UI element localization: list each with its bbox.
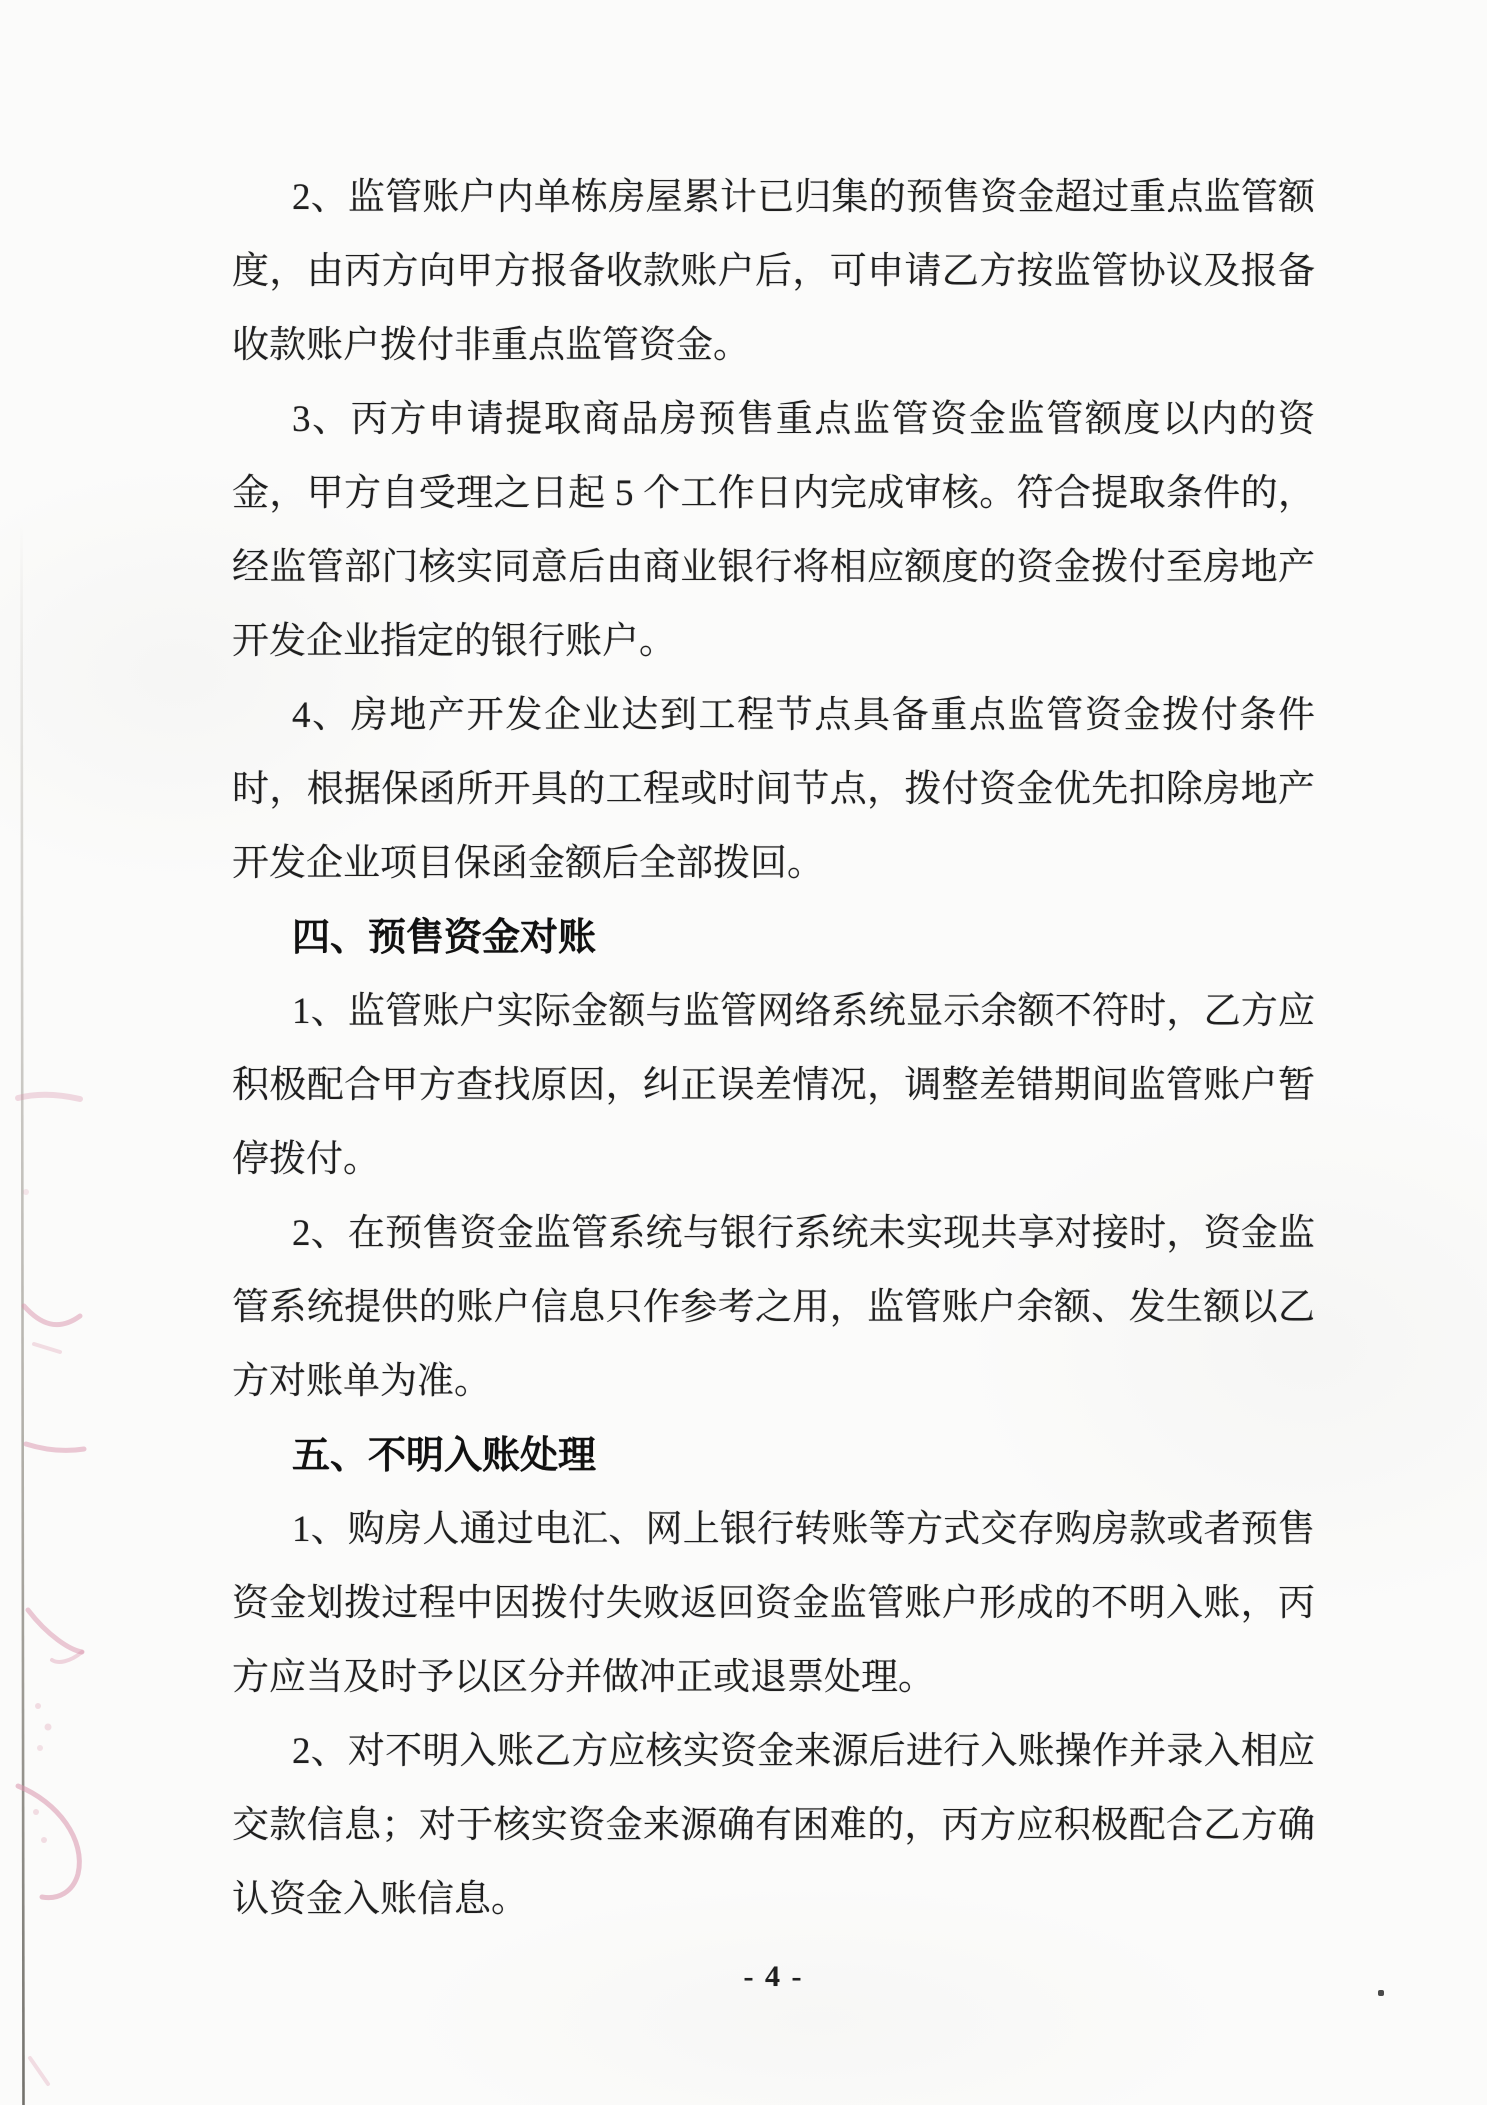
text-line: 收款账户拨付非重点监管资金。 (232, 309, 1315, 383)
text-line: 4、房地产开发企业达到工程节点具备重点监管资金拨付条件 (232, 679, 1315, 753)
text-line: 方对账单为准。 (232, 1345, 1315, 1419)
text-line: 3、丙方申请提取商品房预售重点监管资金监管额度以内的资 (232, 383, 1315, 457)
text-line: 方应当及时予以区分并做冲正或退票处理。 (232, 1641, 1315, 1715)
stamp-bleed-mark (52, 1652, 82, 1662)
text-line: 开发企业项目保函金额后全部拨回。 (232, 827, 1315, 901)
text-line: 交款信息；对于核实资金来源确有困难的，丙方应积极配合乙方确 (232, 1789, 1315, 1863)
section-heading: 四、预售资金对账 (232, 901, 1315, 975)
stamp-bleed-mark (18, 1786, 79, 1898)
ink-speck (1378, 1990, 1384, 1996)
text-line: 2、对不明入账乙方应核实资金来源后进行入账操作并录入相应 (232, 1715, 1315, 1789)
text-line: 经监管部门核实同意后由商业银行将相应额度的资金拨付至房地产 (232, 531, 1315, 605)
stamp-bleed-mark (28, 1610, 82, 1652)
stamp-bleed-mark (41, 1837, 47, 1843)
page: 2、监管账户内单栋房屋累计已归集的预售资金超过重点监管额度，由丙方向甲方报备收款… (0, 0, 1487, 2105)
stamp-bleed-mark (34, 1344, 60, 1352)
text-line: 1、购房人通过电汇、网上银行转账等方式交存购房款或者预售 (232, 1493, 1315, 1567)
stamp-bleed-mark (30, 2058, 48, 2084)
text-line: 2、在预售资金监管系统与银行系统未实现共享对接时，资金监 (232, 1197, 1315, 1271)
scan-edge-line (22, 520, 24, 2105)
document-body: 2、监管账户内单栋房屋累计已归集的预售资金超过重点监管额度，由丙方向甲方报备收款… (232, 161, 1315, 1937)
text-line: 积极配合甲方查找原因，纠正误差情况，调整差错期间监管账户暂 (232, 1049, 1315, 1123)
stamp-bleed-mark (24, 1306, 80, 1325)
text-line: 资金划拨过程中因拨付失败返回资金监管账户形成的不明入账，丙 (232, 1567, 1315, 1641)
stamp-bleed-mark (37, 1745, 43, 1751)
text-line: 1、监管账户实际金额与监管网络系统显示余额不符时，乙方应 (232, 975, 1315, 1049)
text-line: 停拨付。 (232, 1123, 1315, 1197)
text-line: 认资金入账信息。 (232, 1863, 1315, 1937)
stamp-bleed-mark (23, 1189, 29, 1195)
text-line: 度，由丙方向甲方报备收款账户后，可申请乙方按监管协议及报备 (232, 235, 1315, 309)
page-number: - 4 - (232, 1960, 1315, 1994)
stamp-bleed-mark (33, 1809, 39, 1815)
stamp-bleed-mark (35, 1703, 41, 1709)
text-line: 金，甲方自受理之日起 5 个工作日内完成审核。符合提取条件的， (232, 457, 1315, 531)
stamp-bleed-mark (26, 1444, 84, 1450)
section-heading: 五、不明入账处理 (232, 1419, 1315, 1493)
text-line: 2、监管账户内单栋房屋累计已归集的预售资金超过重点监管额 (232, 161, 1315, 235)
stamp-bleed-mark (45, 1724, 52, 1731)
scan-artifacts (0, 0, 130, 2105)
text-line: 开发企业指定的银行账户。 (232, 605, 1315, 679)
text-line: 时，根据保函所开具的工程或时间节点，拨付资金优先扣除房地产 (232, 753, 1315, 827)
text-line: 管系统提供的账户信息只作参考之用，监管账户余额、发生额以乙 (232, 1271, 1315, 1345)
stamp-bleed-mark (18, 1095, 80, 1099)
